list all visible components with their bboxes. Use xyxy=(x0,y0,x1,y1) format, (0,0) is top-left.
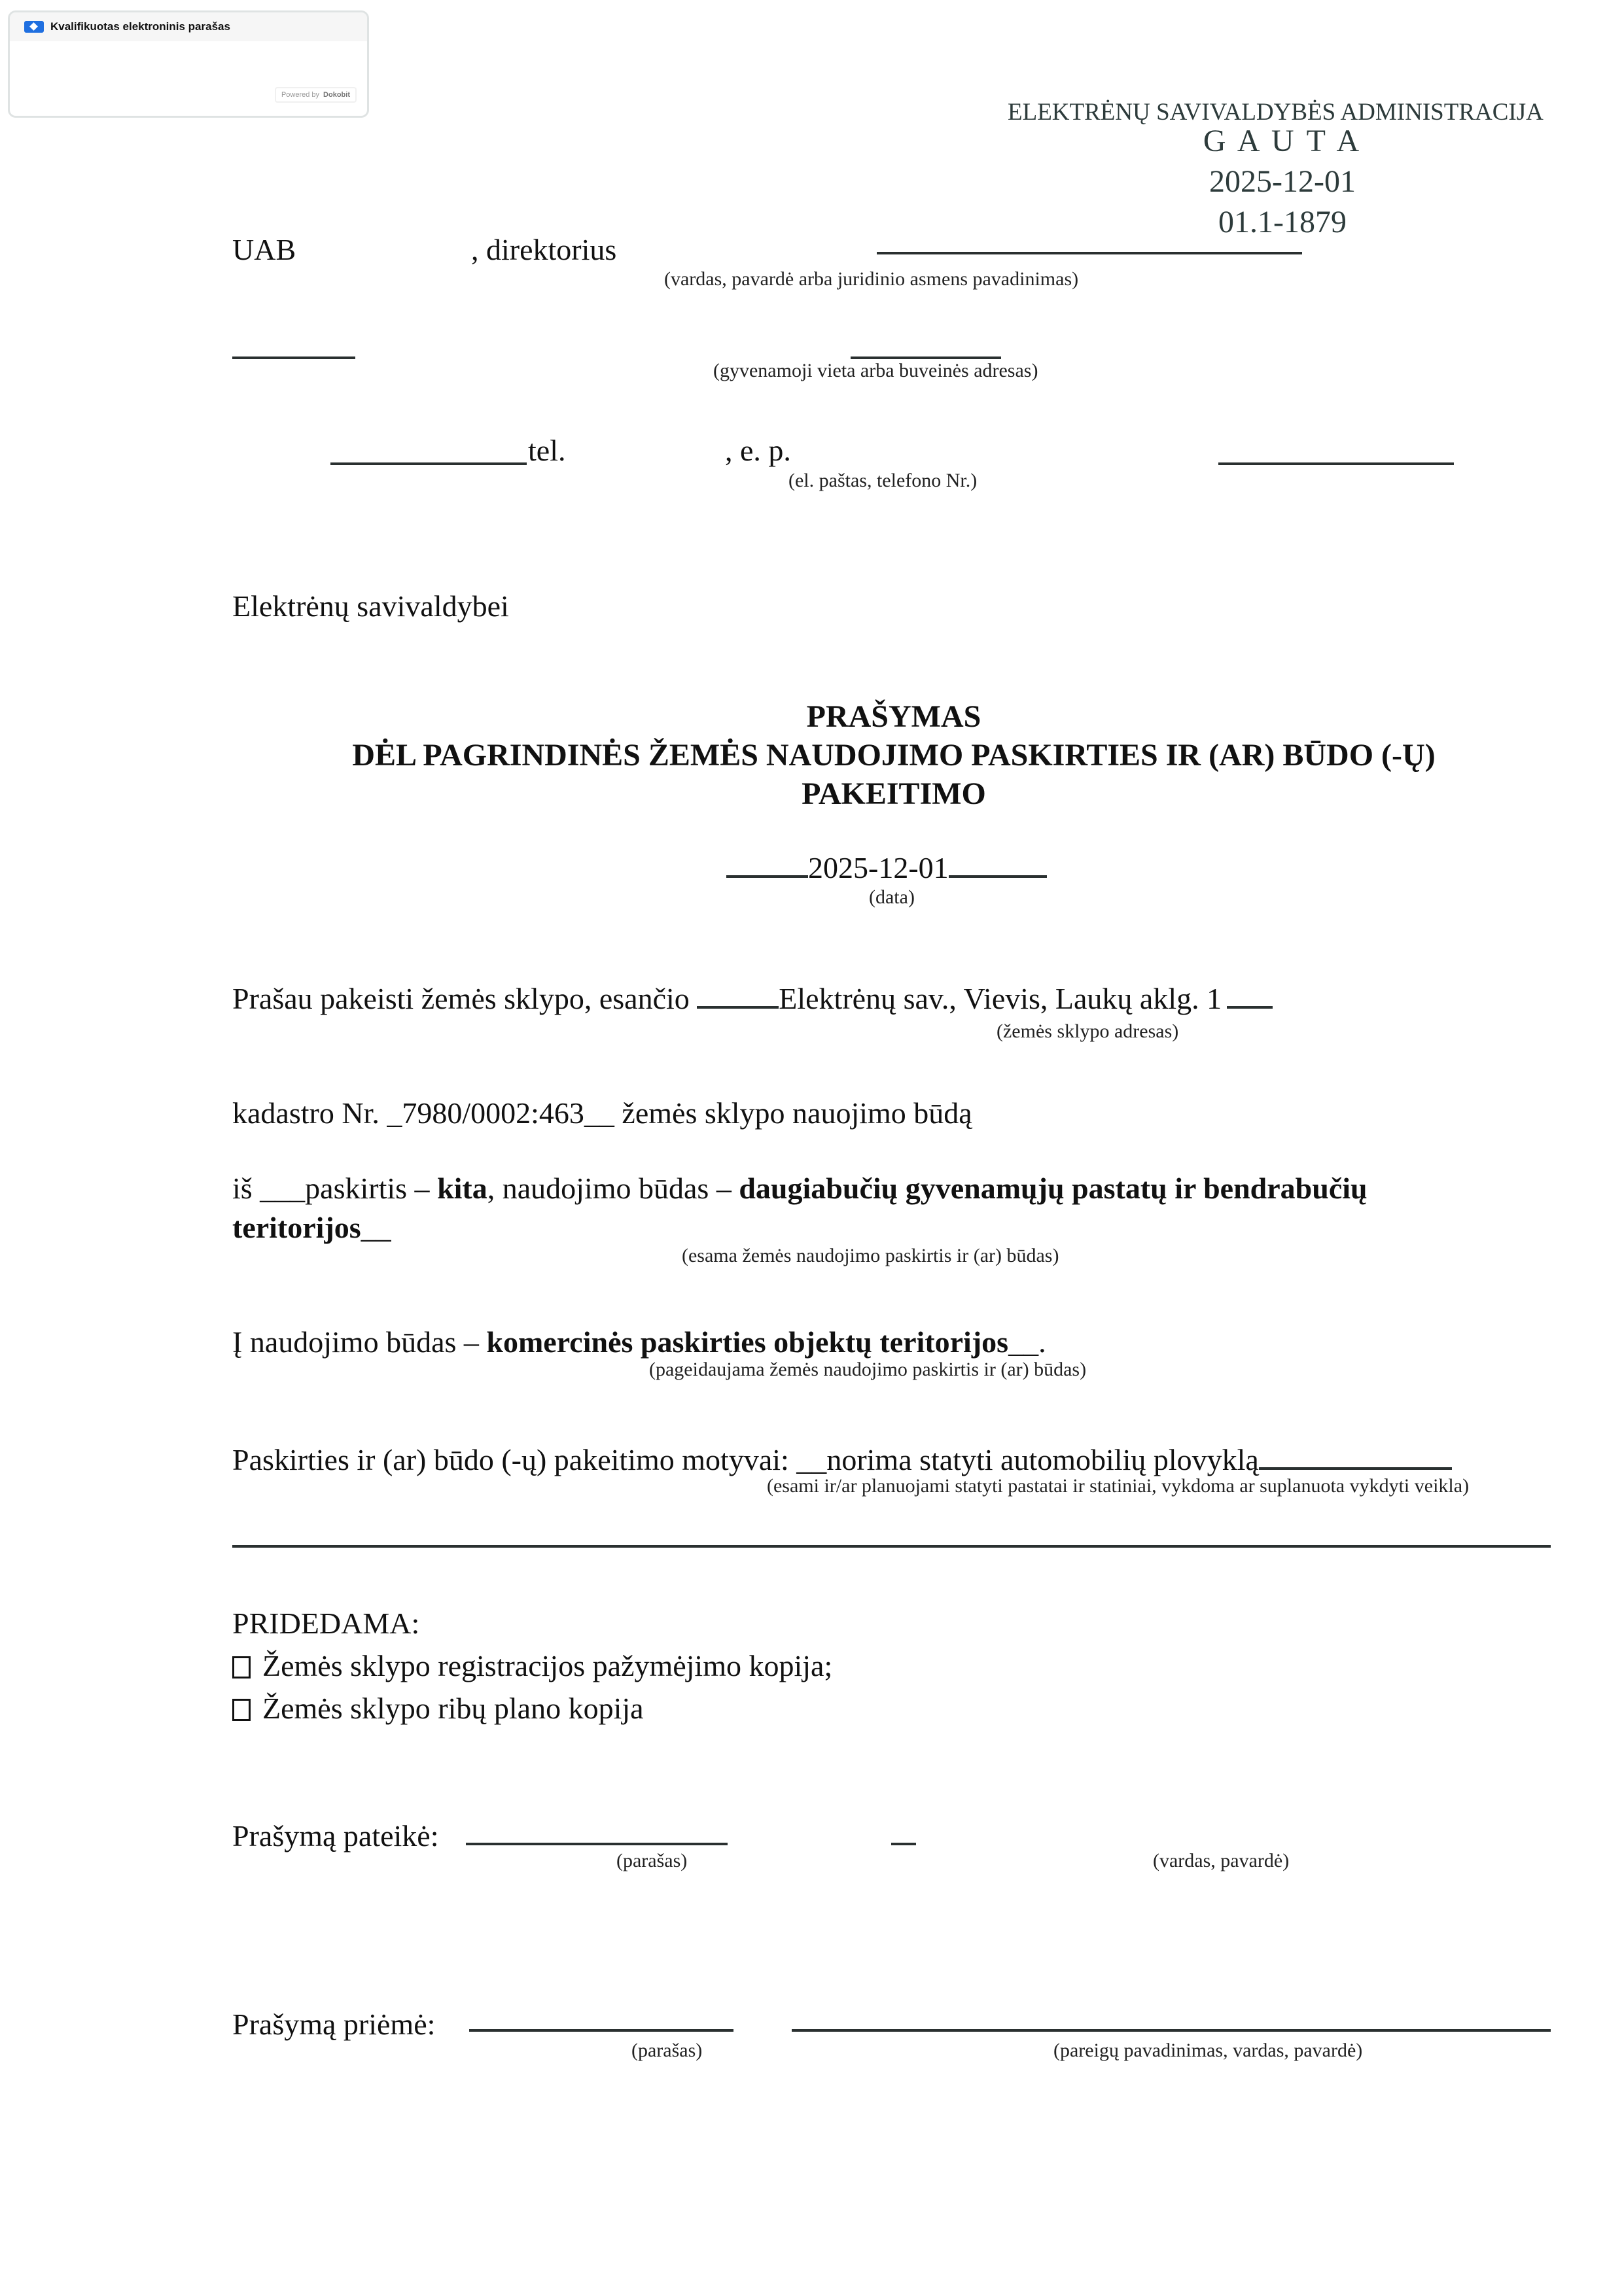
stamp-reg-number: 01.1-1879 xyxy=(1008,204,1557,240)
from-mid: , naudojimo būdas – xyxy=(487,1172,739,1205)
e-signature-title: Kvalifikuotas elektroninis parašas xyxy=(50,20,230,33)
cadastre-prefix: kadastro Nr. _ xyxy=(232,1096,402,1130)
document-subtitle-2: PAKEITIMO xyxy=(82,776,1624,812)
cadastre-number: 7980/0002:463 xyxy=(402,1096,584,1130)
motive-line: Paskirties ir (ar) būdo (-ų) pakeitimo m… xyxy=(232,1442,1452,1477)
address-prefix: Prašau pakeisti žemės sklypo, esančio xyxy=(232,982,697,1015)
motive-extra-line xyxy=(232,1545,1551,1548)
motive-value: norima statyti automobilių plovyklą xyxy=(826,1443,1259,1476)
date-caption: (data) xyxy=(869,886,915,909)
powered-by-badge: Powered byDokobit xyxy=(275,87,357,103)
underline xyxy=(949,871,1047,878)
name-line xyxy=(877,252,1302,254)
motive-prefix: Paskirties ir (ar) būdo (-ų) pakeitimo m… xyxy=(232,1443,826,1476)
document-title: PRAŠYMAS xyxy=(82,699,1624,735)
received-label: Prašymą priėmė: xyxy=(232,2007,435,2042)
to-prefix: Į naudojimo būdas – xyxy=(232,1325,486,1359)
plot-address-line: Prašau pakeisti žemės sklypo, esančio El… xyxy=(232,981,1273,1016)
current-use-line2: teritorijos xyxy=(232,1211,361,1244)
address-line xyxy=(851,357,1001,359)
underline: __. xyxy=(1008,1325,1046,1359)
stamp-date: 2025-12-01 xyxy=(1008,164,1557,200)
received-name-caption: (pareigų pavadinimas, vardas, pavardė) xyxy=(1053,2040,1362,2062)
underline xyxy=(1259,1463,1452,1470)
submitted-signature-caption: (parašas) xyxy=(616,1850,687,1872)
current-use-cont: teritorijos__ xyxy=(232,1210,391,1245)
powered-by-label: Powered by xyxy=(281,91,319,99)
stamp-status: G A U T A xyxy=(1008,123,1557,159)
contact-line-left xyxy=(330,462,527,465)
recipient: Elektrėnų savivaldybei xyxy=(232,589,509,623)
name-caption: (vardas, pavardė arba juridinio asmens p… xyxy=(664,268,1078,290)
contact-line-right xyxy=(1218,462,1454,465)
request-date: 2025-12-01 xyxy=(808,851,949,884)
submitted-name-caption: (vardas, pavardė) xyxy=(1153,1850,1289,1872)
cadastre-suffix: __ žemės sklypo nauojimo būdą xyxy=(584,1096,972,1130)
eid-chip-icon xyxy=(24,21,44,33)
stamp-organization: ELEKTRĖNŲ SAVIVALDYBĖS ADMINISTRACIJA xyxy=(1008,98,1544,126)
received-name-line xyxy=(792,2029,1551,2032)
e-signature-badge: Kvalifikuotas elektroninis parašas Power… xyxy=(8,10,369,118)
attachment-checkbox[interactable] xyxy=(232,1699,251,1721)
underline xyxy=(726,871,808,878)
submitted-name-line xyxy=(891,1843,916,1845)
underline: __ xyxy=(361,1211,391,1244)
tel-label: tel. xyxy=(528,433,565,468)
underline xyxy=(1227,1002,1273,1009)
underline xyxy=(697,1002,779,1009)
current-use-line: iš ___paskirtis – kita, naudojimo būdas … xyxy=(232,1171,1368,1206)
e-signature-header: Kvalifikuotas elektroninis parašas xyxy=(10,12,367,41)
submitted-label: Prašymą pateikė: xyxy=(232,1818,439,1853)
plot-address: Elektrėnų sav., Vievis, Laukų aklg. 1 xyxy=(779,982,1222,1015)
received-signature-line xyxy=(469,2029,733,2032)
plot-address-caption: (žemės sklypo adresas) xyxy=(997,1020,1178,1043)
current-use-caption: (esama žemės naudojimo paskirtis ir (ar)… xyxy=(682,1245,1059,1267)
document-subtitle: DĖL PAGRINDINĖS ŽEMĖS NAUDOJIMO PASKIRTI… xyxy=(82,737,1624,773)
received-signature-caption: (parašas) xyxy=(631,2040,702,2062)
attachment-checkbox[interactable] xyxy=(232,1656,251,1679)
motive-caption: (esami ir/ar planuojami statyti pastatai… xyxy=(767,1475,1469,1497)
current-use: daugiabučių gyvenamųjų pastatų ir bendra… xyxy=(739,1172,1367,1205)
address-caption: (gyvenamoji vieta arba buveinės adresas) xyxy=(713,360,1038,382)
requested-use: komercinės paskirties objektų teritorijo… xyxy=(486,1325,1008,1359)
contact-caption: (el. paštas, telefono Nr.) xyxy=(788,470,977,492)
requested-use-caption: (pageidaujama žemės naudojimo paskirtis … xyxy=(649,1359,1086,1381)
request-date-field: 2025-12-01 xyxy=(726,850,1047,885)
attachment-label: Žemės sklypo registracijos pažymėjimo ko… xyxy=(262,1649,832,1682)
attachment-label: Žemės sklypo ribų plano kopija xyxy=(262,1692,644,1725)
submitted-signature-line xyxy=(466,1843,728,1845)
address-line-left xyxy=(232,357,355,359)
cadastre-line: kadastro Nr. _7980/0002:463__ žemės skly… xyxy=(232,1096,972,1130)
attachments-label: PRIDEDAMA: xyxy=(232,1606,419,1641)
requested-use-line: Į naudojimo būdas – komercinės paskirtie… xyxy=(232,1325,1046,1359)
attachment-item[interactable]: Žemės sklypo ribų plano kopija xyxy=(232,1691,644,1726)
applicant-company: UAB xyxy=(232,232,296,267)
from-prefix: iš ___paskirtis – xyxy=(232,1172,437,1205)
dokobit-logo: Dokobit xyxy=(323,91,350,99)
applicant-position: , direktorius xyxy=(471,232,616,267)
current-purpose: kita xyxy=(437,1172,487,1205)
email-label: , e. p. xyxy=(725,433,791,468)
attachment-item[interactable]: Žemės sklypo registracijos pažymėjimo ko… xyxy=(232,1648,832,1683)
